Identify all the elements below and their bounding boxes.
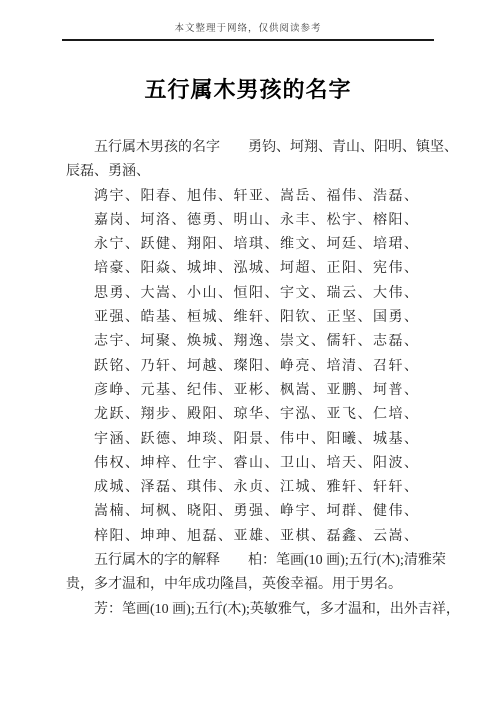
name-line: 志宇、坷聚、焕城、翔逸、崇文、儒轩、志磊、: [66, 330, 440, 354]
name-line: 跃铭、乃轩、坷越、璨阳、峥亮、培清、召轩、: [66, 355, 440, 379]
name-line: 龙跃、翔步、殿阳、琼华、宇泓、亚飞、仁培、: [66, 403, 440, 427]
name-line: 成城、泽磊、琪伟、永贞、江城、雅轩、轩轩、: [66, 476, 440, 500]
document-title: 五行属木男孩的名字: [0, 73, 496, 104]
name-line: 思勇、大嵩、小山、恒阳、宇文、瑞云、大伟、: [66, 282, 440, 306]
header-note: 本文整理于网络，仅供阅读参考: [0, 20, 496, 34]
explanation-line: 芳：笔画(10 画);五行(木);英敏雅气，多才温和，出外吉祥，: [66, 598, 440, 622]
name-line: 培豪、阳焱、城坤、泓城、坷超、正阳、宪伟、: [66, 257, 440, 281]
explanation-line: 五行属木的字的解释 柏：笔画(10 画);五行(木);清雅荣: [66, 549, 440, 573]
name-line: 嵩楠、坷枫、晓阳、勇强、峥宇、坷群、健伟、: [66, 500, 440, 524]
name-line: 彦峥、元基、纪伟、亚彬、枫嵩、亚鹏、坷普、: [66, 379, 440, 403]
name-line: 梓阳、坤珅、旭磊、亚雄、亚棋、磊鑫、云嵩、: [66, 525, 440, 549]
name-line: 鸿宇、阳春、旭伟、轩亚、嵩岳、福伟、浩磊、: [66, 185, 440, 209]
header-divider-rule: [62, 39, 434, 41]
name-line: 亚强、皓基、桓城、维轩、阳钦、正坚、国勇、: [66, 306, 440, 330]
name-line: 嘉岗、坷洛、德勇、明山、永丰、松宇、榕阳、: [66, 209, 440, 233]
intro-line: 五行属木男孩的名字 勇钧、坷翔、青山、阳明、镇坚、: [66, 136, 440, 160]
document-page: 本文整理于网络，仅供阅读参考 五行属木男孩的名字 五行属木男孩的名字 勇钧、坷翔…: [0, 0, 496, 702]
explanation-line: 贵，多才温和，中年成功隆昌，英俊幸福。用于男名。: [66, 573, 440, 597]
intro-line: 辰磊、勇涵、: [66, 160, 440, 184]
name-line: 伟权、坤梓、仕宇、睿山、卫山、培天、阳波、: [66, 452, 440, 476]
name-line: 宇涵、跃德、坤琰、阳景、伟中、阳曦、城基、: [66, 428, 440, 452]
document-body: 五行属木男孩的名字 勇钧、坷翔、青山、阳明、镇坚、 辰磊、勇涵、 鸿宇、阳春、旭…: [66, 136, 440, 622]
name-line: 永宁、跃健、翔阳、培琪、维文、坷廷、培珺、: [66, 233, 440, 257]
